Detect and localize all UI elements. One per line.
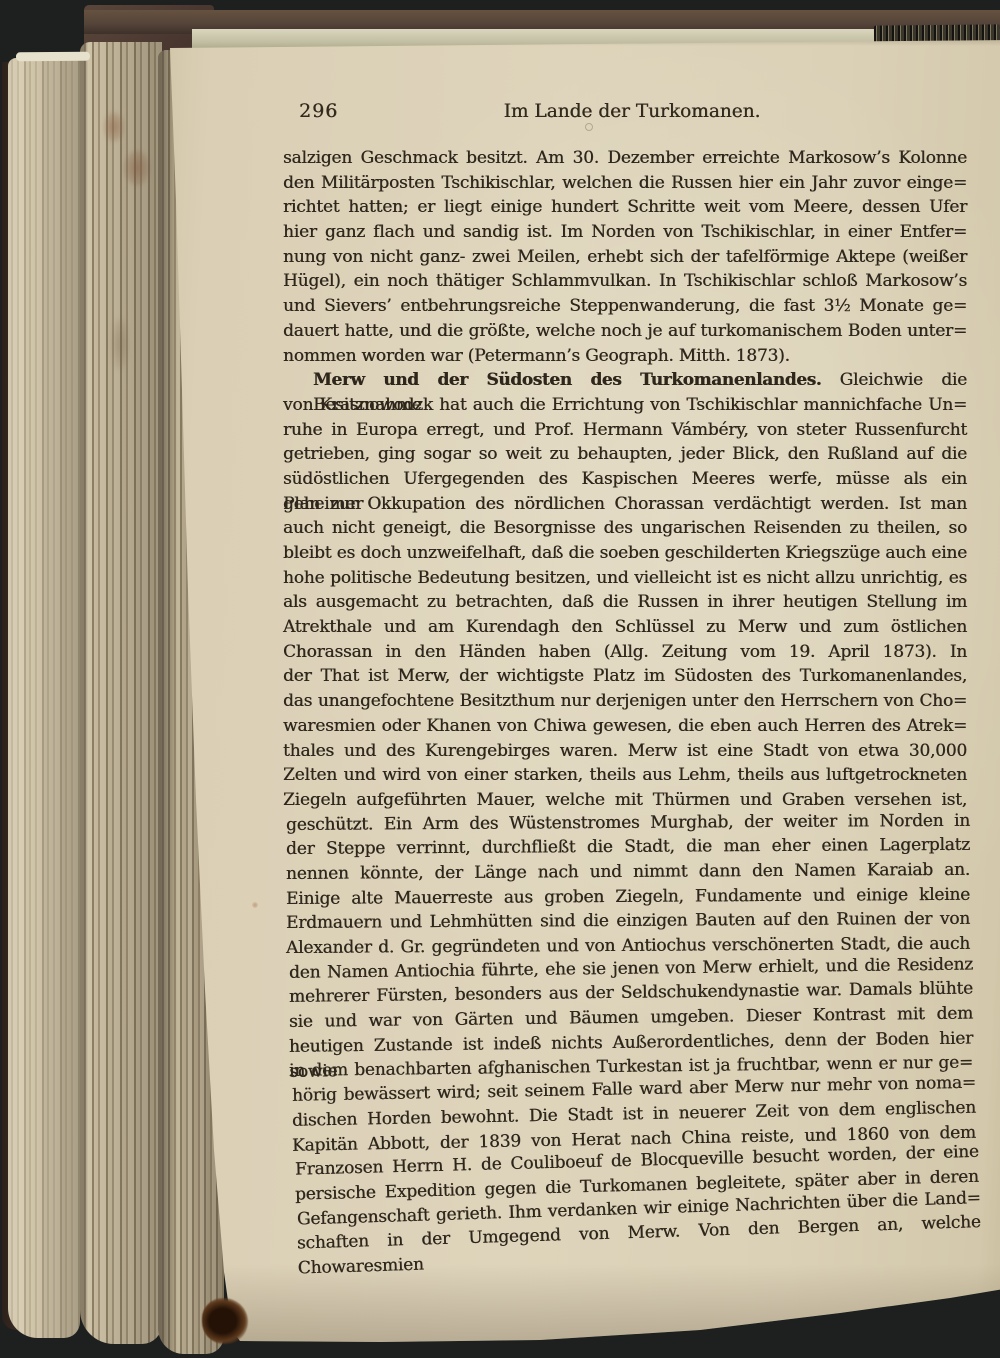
text-line: das unangefochtene Besitzthum nur derjen…: [283, 689, 967, 714]
page-edge-highlight: [16, 52, 90, 62]
text-line: hier ganz flach und sandig ist. Im Norde…: [283, 220, 967, 245]
text-line: auch nicht geneigt, die Besorgnisse des …: [283, 516, 967, 541]
text-line: Hügel), ein noch thätiger Schlammvulkan.…: [283, 269, 967, 294]
body-text: salzigen Geschmack besitzt. Am 30. Dezem…: [283, 146, 967, 1257]
text-line: ruhe in Europa erregt, und Prof. Hermann…: [283, 418, 967, 443]
paragraph: salzigen Geschmack besitzt. Am 30. Dezem…: [283, 146, 967, 368]
text-line: richtet hatten; er liegt einige hundert …: [283, 195, 967, 220]
text-line: hohe politische Bedeutung besitzen, und …: [283, 566, 967, 591]
text-line: als ausgemacht zu betrachten, daß die Ru…: [283, 590, 967, 615]
printer-mark-icon: [585, 123, 593, 131]
book-photo: { "colors":{ "background":"#1d201e", "pa…: [0, 0, 1000, 1358]
text-line: von Krasnowodzk hat auch die Errichtung …: [283, 393, 967, 418]
text-line: südöstlichen Ufergegenden des Kaspischen…: [283, 467, 967, 492]
paragraph: Merw und der Südosten des Turkomanenland…: [283, 368, 967, 1257]
text-line: nommen worden war (Petermann’s Geograph.…: [283, 344, 967, 369]
page-edge-stack-middle: [80, 42, 162, 1344]
text-line: nennen könnte, der Länge nach und nimmt …: [286, 858, 970, 887]
text-line-with-heading: Merw und der Südosten des Turkomanenland…: [283, 368, 967, 393]
text-line: dauert hatte, und die größte, welche noc…: [283, 319, 967, 344]
page-edge-stack-outer: [8, 58, 80, 1338]
text-line: bleibt es doch unzweifelhaft, daß die so…: [283, 541, 967, 566]
text-line: Chorassan in den Händen haben (Allg. Zei…: [283, 640, 967, 665]
page-header: 296 Im Lande der Turkomanen.: [283, 100, 967, 128]
text-line: den Militärposten Tschikischlar, welchen…: [283, 171, 967, 196]
text-line: Atrekthale und am Kurendagh den Schlüsse…: [283, 615, 967, 640]
text-line: und Sievers’ entbehrungsreiche Steppenwa…: [283, 294, 967, 319]
text-line: thales und des Kurengebirges waren. Merw…: [283, 739, 967, 764]
text-line: waresmien oder Khanen von Chiwa gewesen,…: [283, 714, 967, 739]
section-heading: Merw und der Südosten des Turkomanenland…: [313, 370, 821, 390]
running-header: Im Lande der Turkomanen.: [283, 101, 967, 122]
text-line: Zelten und wird von einer starken, theil…: [283, 763, 967, 788]
text-line: getrieben, ging sogar so weit zu behaupt…: [283, 442, 967, 467]
text-line: Plan zur Okkupation des nördlichen Chora…: [283, 492, 967, 517]
text-line: salzigen Geschmack besitzt. Am 30. Dezem…: [283, 146, 967, 171]
text-line: nung von nicht ganz- zwei Meilen, erhebt…: [283, 245, 967, 270]
text-line: der That ist Merw, der wichtigste Platz …: [283, 664, 967, 689]
